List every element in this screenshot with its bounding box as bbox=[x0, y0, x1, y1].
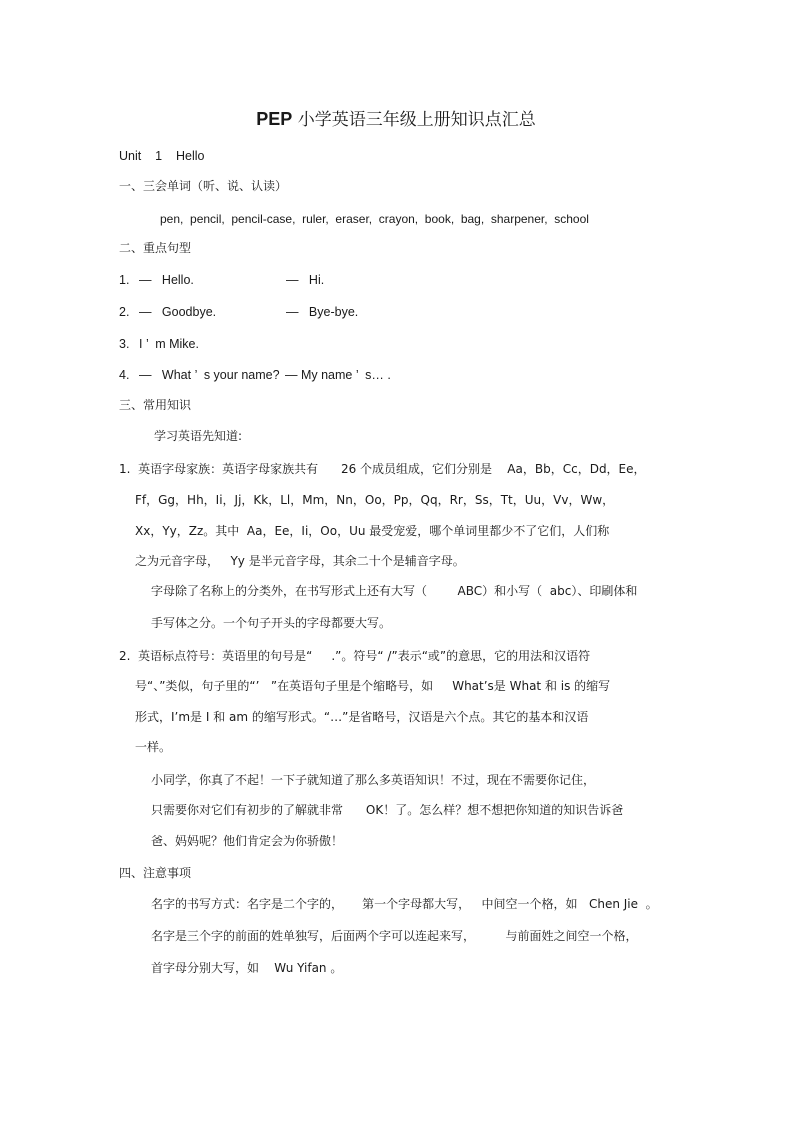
section3-heading: 三、常用知识 bbox=[119, 397, 191, 413]
sentence-number: 2. bbox=[119, 304, 129, 320]
vocabulary-list: pen, pencil, pencil-case, ruler, eraser,… bbox=[160, 211, 589, 227]
page-title: PEP 小学英语三年级上册知识点汇总 bbox=[0, 108, 792, 131]
sentence-number: 1. bbox=[119, 272, 129, 288]
title-prefix: PEP bbox=[256, 109, 292, 129]
paragraph-line: 字母除了名称上的分类外，在书写形式上还有大写（ ABC）和小写（ abc）、印刷… bbox=[151, 583, 637, 599]
unit-heading: Unit 1 Hello bbox=[119, 148, 204, 164]
sentence-number: 3. bbox=[119, 336, 129, 352]
paragraph-line: Xx，Yy，Zz。其中 Aa，Ee，Ii，Oo，Uu 最受宠爱，哪个单词里都少不… bbox=[135, 523, 609, 539]
paragraph-line: 手写体之分。一个句子开头的字母都要大写。 bbox=[151, 615, 391, 631]
sentence-b: — Bye-bye. bbox=[286, 304, 358, 320]
sentence-a: — Hello. bbox=[139, 272, 194, 288]
section1-heading: 一、三会单词（听、说、认读） bbox=[119, 178, 287, 194]
paragraph-line: 之为元音字母， Yy 是半元音字母，其余二十个是辅音字母。 bbox=[135, 553, 465, 569]
section4-heading: 四、注意事项 bbox=[119, 865, 191, 881]
paragraph-line: 形式，I’m是 I 和 am 的缩写形式。“…”是省略号，汉语是六个点。其它的基… bbox=[135, 709, 588, 725]
paragraph-line: Ff，Gg，Hh，Ii，Jj，Kk，Ll，Mm，Nn，Oo，Pp，Qq，Rr，S… bbox=[135, 492, 614, 508]
paragraph-line: 名字是三个字的前面的姓单独写，后面两个字可以连起来写， 与前面姓之间空一个格， bbox=[151, 928, 638, 944]
paragraph-line: 爸、妈妈呢？他们肯定会为你骄傲！ bbox=[151, 833, 343, 849]
sentence-a: I ’ m Mike. bbox=[139, 336, 199, 352]
title-text: 小学英语三年级上册知识点汇总 bbox=[292, 110, 535, 130]
sentence-b: — My name ’ s… . bbox=[285, 367, 391, 383]
paragraph-line: 首字母分别大写，如 Wu Yifan 。 bbox=[151, 960, 342, 976]
paragraph-line: 一样。 bbox=[135, 739, 171, 755]
sentence-number: 4. bbox=[119, 367, 129, 383]
paragraph-line: 号“、”类似，句子里的“’ ”在英语句子里是个缩略号，如 What’s是 Wha… bbox=[135, 678, 610, 694]
sentence-a: — What ’ s your name? bbox=[139, 367, 280, 383]
paragraph-line: 名字的书写方式：名字是二个字的， 第一个字母都大写， 中间空一个格，如 Chen… bbox=[151, 896, 658, 912]
section2-heading: 二、重点句型 bbox=[119, 240, 191, 256]
sentence-a: — Goodbye. bbox=[139, 304, 216, 320]
paragraph-line: 2. 英语标点符号：英语里的句号是“ .”。符号“ /”表示“或”的意思，它的用… bbox=[119, 648, 590, 664]
paragraph-line: 只需要你对它们有初步的了解就非常 OK！了。怎么样？想不想把你知道的知识告诉爸 bbox=[151, 802, 623, 818]
paragraph-line: 1. 英语字母家族：英语字母家族共有 26 个成员组成，它们分别是 Aa，Bb，… bbox=[119, 461, 646, 477]
sentence-b: — Hi. bbox=[286, 272, 324, 288]
section3-intro: 学习英语先知道: bbox=[154, 428, 242, 444]
paragraph-line: 小同学，你真了不起！一下子就知道了那么多英语知识！不过，现在不需要你记住， bbox=[151, 772, 595, 788]
